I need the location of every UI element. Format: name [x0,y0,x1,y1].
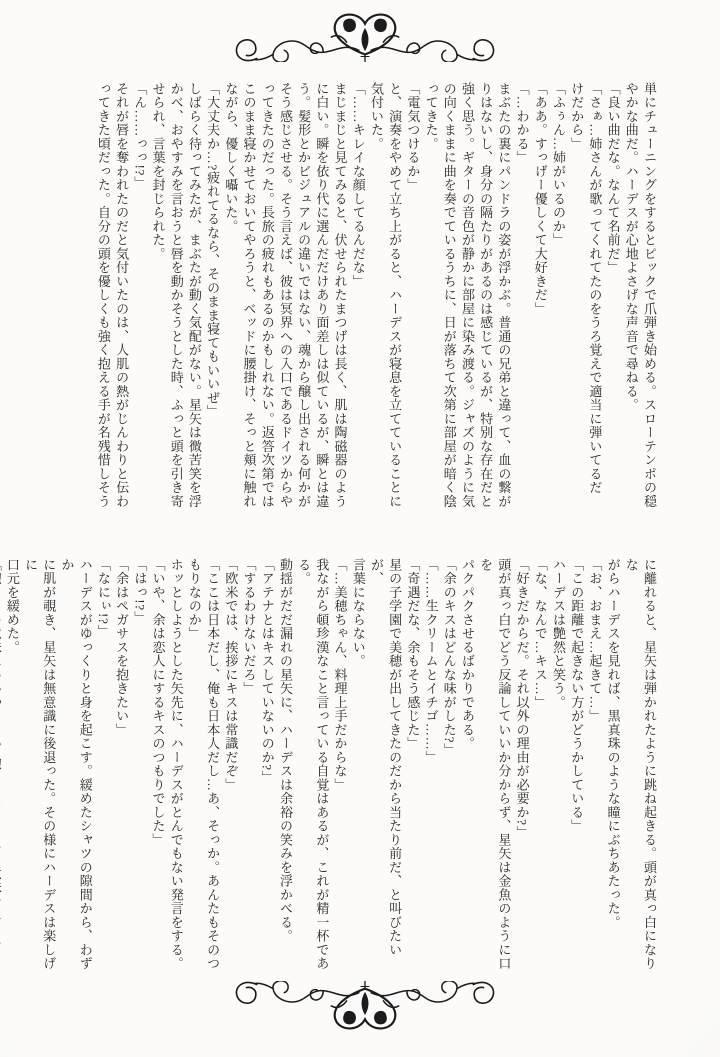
text-line: 「抱く…の意味はわかってるか?抱きしめるという意味ではないぞ。 [0,558,3,976]
text-line: けだから」 [567,82,585,514]
lower-text-block: に離れると、星矢は弾かれたように跳ね起きる。頭が真っ白になりながらハーデスを見れ… [90,558,658,976]
text-line: しばらく待ってみたが、まぶたが動く気配がない。星矢は微苦笑を浮 [185,82,203,514]
text-line: 「奇遇だな、余もそう感じた」 [403,558,421,976]
text-line: 口元を緩めた。 [3,558,21,976]
text-line: やかな曲だ。ハーデスが心地よさげな声音で尋ねる。 [622,82,640,514]
text-line: に離れると、星矢は弾かれたように跳ね起きる。頭が真っ白になりな [622,558,658,976]
text-line: 「余のキスはどんな味がした?」 [440,558,458,976]
text-line: 「……生クリームとイチゴ……」 [421,558,439,976]
text-line: う。髪形とかビジュアルの違いではない、魂から醸し出される何かが [294,82,312,514]
text-line: 動揺がだだ漏れの星矢に、ハーデスは余裕の笑みを浮かべる。 [276,558,294,976]
text-line: それが唇を奪われたのだと気付いたのは、人肌の熱がじんわりと伝わ [112,82,130,514]
text-line: そう感じさせる。そう言えば、彼は冥界への入口であるドイツからや [276,82,294,514]
text-line: ハーデスがゆっくりと身を起こす。緩めたシャツの隙間から、わずか [57,558,93,976]
text-line: ハーデスは艶然と笑う。 [549,558,567,976]
text-line: ながら、優しく囁いた。 [221,82,239,514]
text-line: 「するわけないだろ」 [239,558,257,976]
text-line: の向くままに曲を奏でているうちに、日が落ちて次第に部屋が暗く陰 [440,82,458,514]
text-line: せられ、言葉を封じられた。 [148,82,166,514]
text-line: まじまじと見てみると、伏せられたまつげは長く、肌は陶磁器のよう [330,82,348,514]
text-line: 強く思う。ギターの音色が静かに部屋に染み渡る。ジャズのように気 [458,82,476,514]
text-line: りはないし、身分の隔たりがあるのは感じているが、特別な存在だと [476,82,494,514]
text-line: 「なにぃ!?」 [94,558,112,976]
flourish-ornament-top [222,8,508,62]
text-line: がらハーデスを見れば、黒真珠のような瞳にぶちあたった。 [603,558,621,976]
text-line: パクパクさせるばかりである。 [458,558,476,976]
text-line: もりなのか」 [185,558,203,976]
text-line: ってきた。 [421,82,439,514]
text-line: 星の子学園で美穂が出してきたのだから当たり前だ、と叫びたいが、 [367,558,403,976]
text-line: まぶたの裏にパンドラの姿が浮かぶ。普通の兄弟と違って、血の繋が [494,82,512,514]
text-line: 言葉にならない。 [349,558,367,976]
text-line: ってきた頃だった。自分の頭を優しくも強く抱える手が名残惜しそう [94,82,112,514]
text-line: 頭が真っ白でどう反論していいか分からず、星矢は金魚のように口を [476,558,512,976]
text-line: 「ああ。すっげー優しくて大好きだ」 [531,82,549,514]
text-line: 「欧米では、挨拶にキスは常識だぞ」 [221,558,239,976]
text-line: 「はっ!?」 [130,558,148,976]
text-line: 「ここは日本だし、俺も日本人だし…あ、そっか。あんたもそのつ [203,558,221,976]
upper-text-block: 単にチューニングをするとピックで爪弾き始める。スローテンポの穏やかな曲だ。ハーデ… [90,82,658,514]
text-line: に肌が覗き、星矢は無意識に後退った。その様にハーデスは楽しげに [21,558,57,976]
text-line: 「…わかる」 [512,82,530,514]
text-line: 気付いた。 [367,82,385,514]
heart-flourish-icon [222,8,508,62]
text-line: ってきたのだった。長旅の疲れもあるのかもしれない。返答次第では [258,82,276,514]
text-line: 「な、なんで…キス…」 [531,558,549,976]
page: 単にチューニングをするとピックで爪弾き始める。スローテンポの穏やかな曲だ。ハーデ… [0,0,720,1057]
text-line: このまま寝かせておいてやろうと、ベッドに腰掛け、そっと頬に触れ [239,82,257,514]
text-line: 「ん……っっ!?」 [130,82,148,514]
text-line: 我ながら頓珍漢なこと言っている自覚はあるが、これが精一杯である。 [294,558,330,976]
text-line: 「お、おまえ…起きて…」 [585,558,603,976]
text-line: に白い。瞬を依り代に選んだだけあり面差しは似ているが、瞬とは違 [312,82,330,514]
text-line: 「大丈夫か…?疲れてるなら、そのまま寝てもいいぜ」 [203,82,221,514]
flourish-ornament-bottom [222,981,508,1035]
text-line: 「ふぅん…姉がいるのか」 [549,82,567,514]
text-line: ホッとしようとした矢先に、ハーデスがとんでもない発言をする。 [167,558,185,976]
text-line: かべ、おやすみを言おうと唇を動かそうとした時、ふっと頭を引き寄 [167,82,185,514]
text-line: 「いや、余は恋人にするキスのつもりでした」 [148,558,166,976]
text-line: 「さぁ…姉さんが歌ってくれてたのをうろ覚えで適当に弾いてるだ [585,82,603,514]
text-line: 「この距離で起きない方がどうかしている」 [567,558,585,976]
heart-flourish-icon [222,981,508,1035]
text-line: 「…美穂ちゃん、料理上手だからな」 [330,558,348,976]
text-line: 「好きだからだ。それ以外の理由が必要か?」 [512,558,530,976]
text-line: と、演奏をやめて立ち上がると、ハーデスが寝息を立てていることに [385,82,403,514]
text-line: 「良い曲だな。なんて名前だ」 [603,82,621,514]
text-line: 「余はペガサスを抱きたい」 [112,558,130,976]
text-line: 単にチューニングをするとピックで爪弾き始める。スローテンポの穏 [640,82,658,514]
text-line: 「……キレイな顔してるんだな」 [349,82,367,514]
text-line: 「アテナとはキスしていないのか?」 [258,558,276,976]
text-line: 「電気つけるか」 [403,82,421,514]
